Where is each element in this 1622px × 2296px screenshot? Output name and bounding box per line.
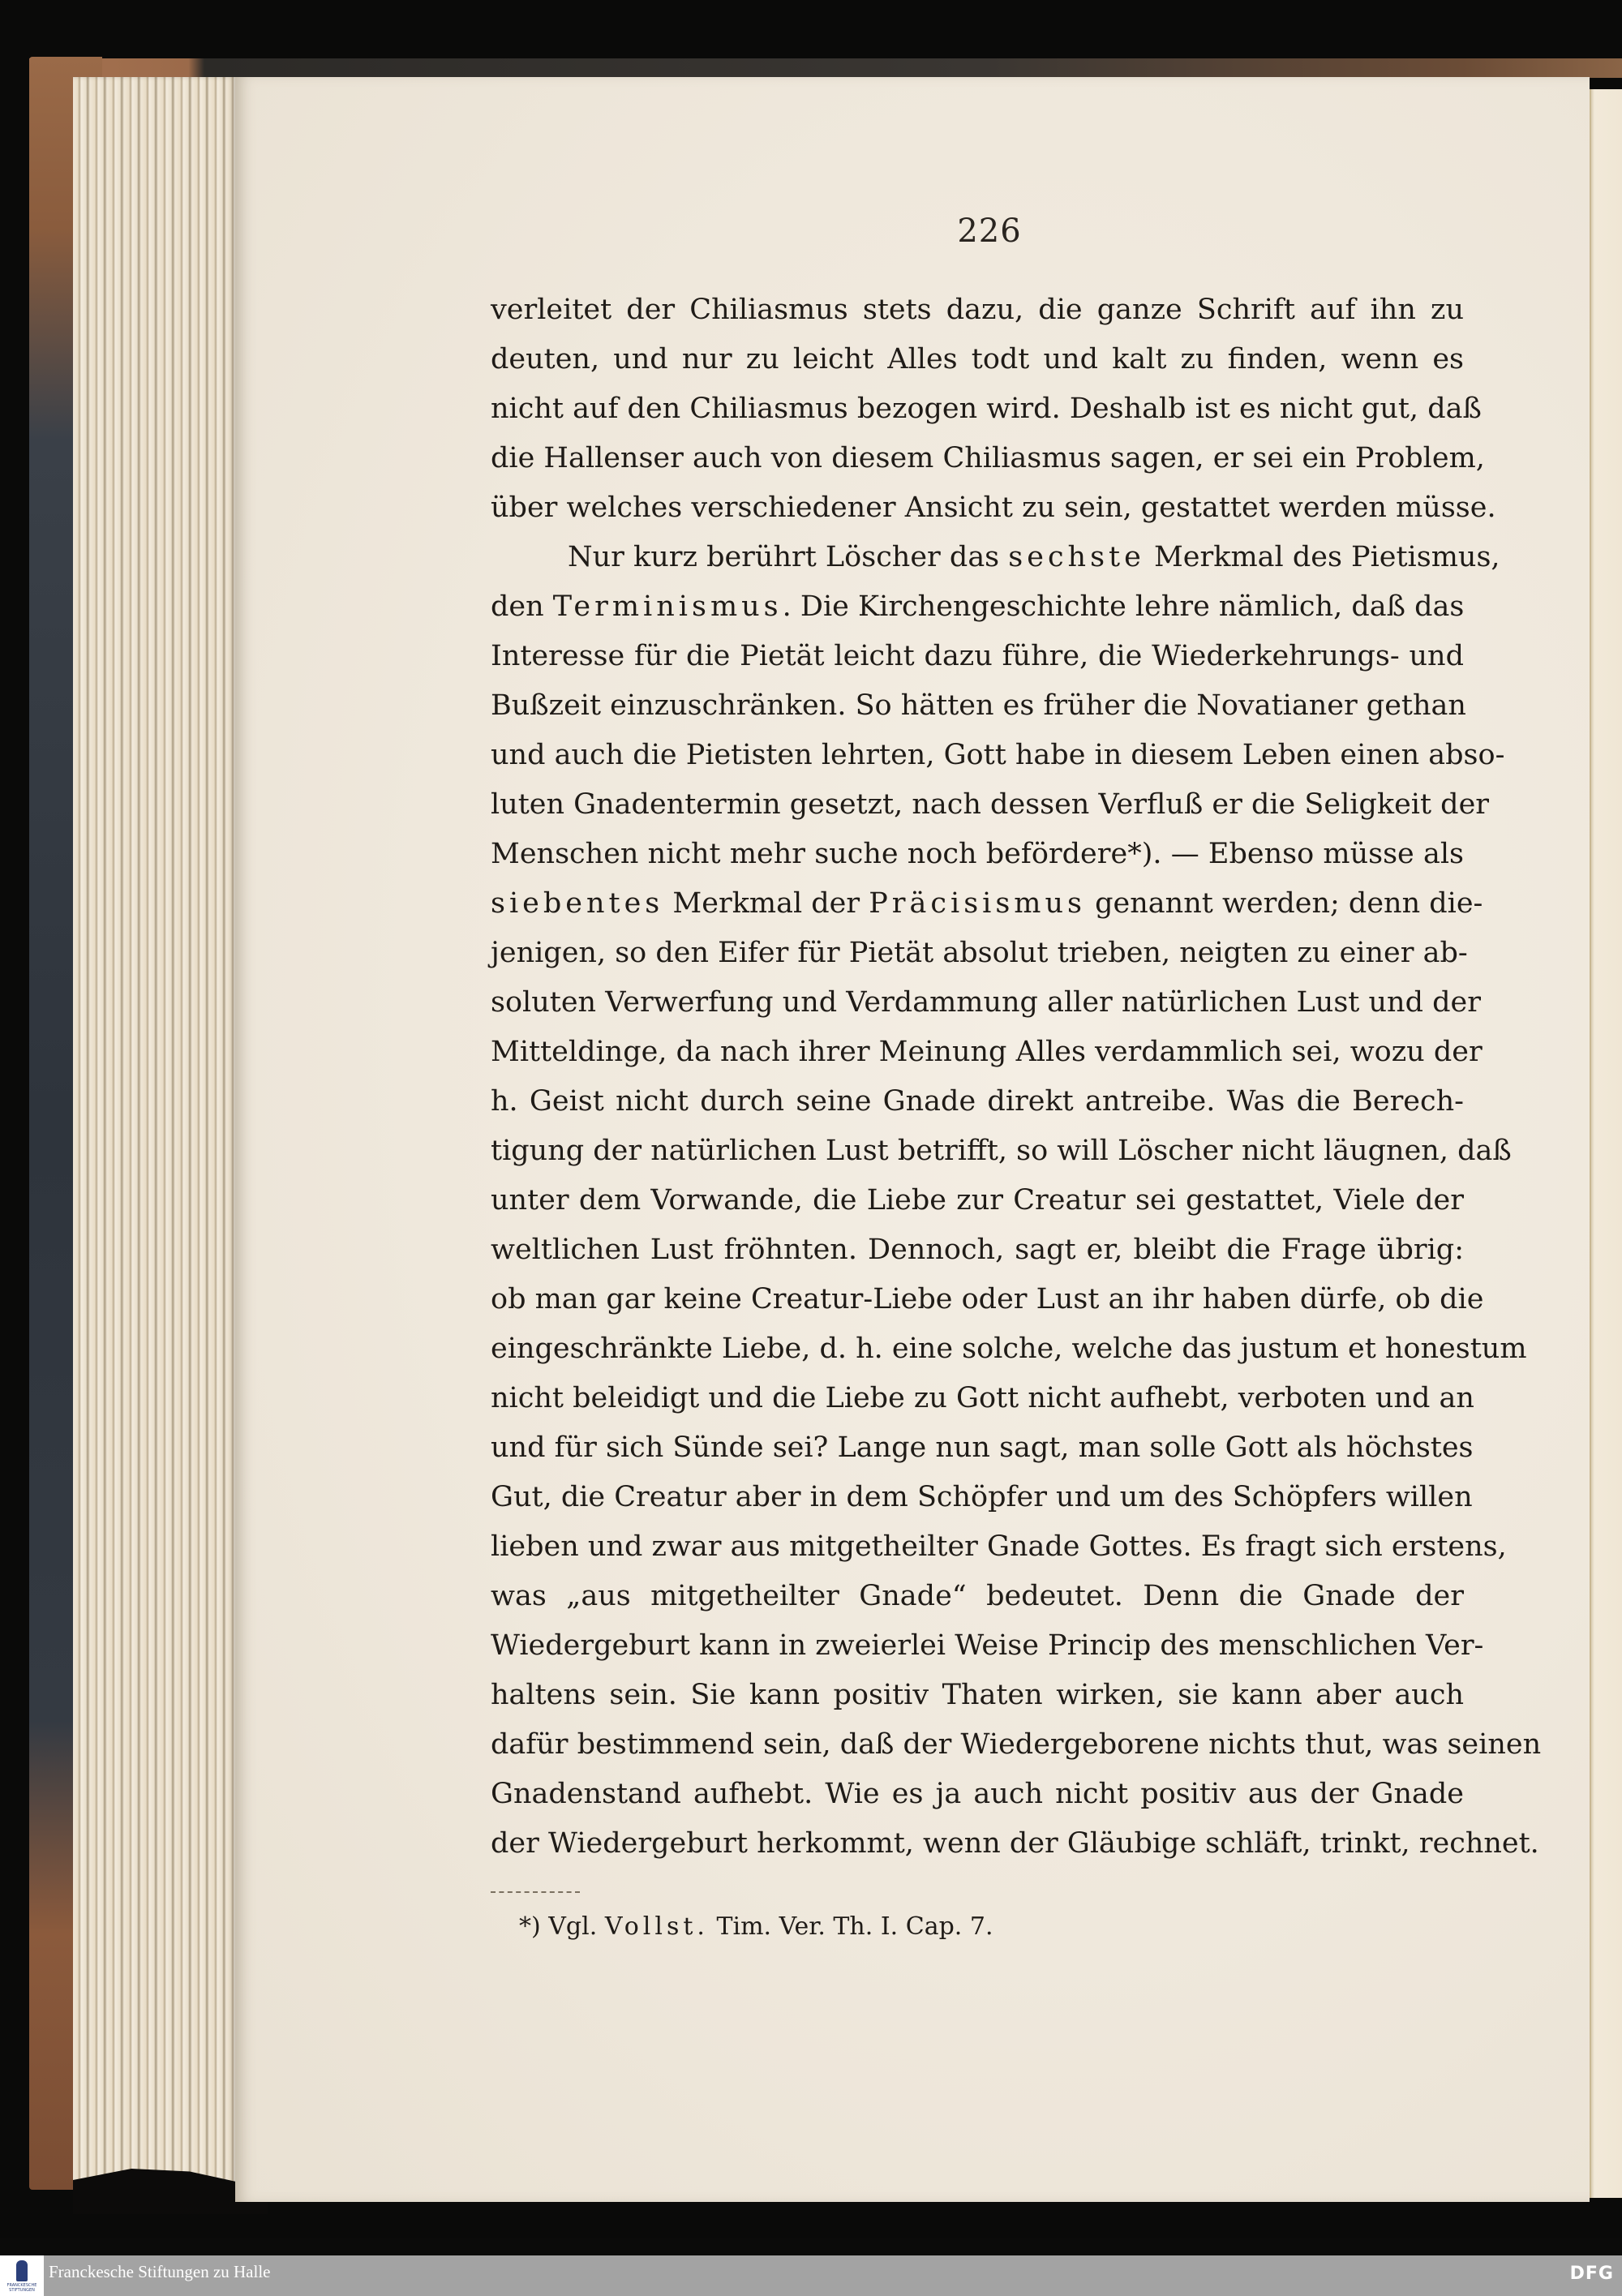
francke-logo[interactable]: FRANCKESCHE STIFTUNGEN <box>0 2255 44 2296</box>
text-line: soluten Verwerfung und Verdammung aller … <box>491 978 1464 1028</box>
text-line: der Wiedergeburt herkommt, wenn der Gläu… <box>491 1819 1464 1869</box>
text-line: Gut, die Creatur aber in dem Schöpfer un… <box>491 1473 1464 1522</box>
text-line: über welches verschiedener Ansicht zu se… <box>491 483 1464 533</box>
footer-bar: FRANCKESCHE STIFTUNGEN Franckesche Stift… <box>0 2255 1622 2296</box>
text-line: Bußzeit einzuschränken. So hätten es frü… <box>491 681 1464 731</box>
emphasis-sechste: sechste <box>1008 541 1145 573</box>
text-line: Menschen nicht mehr suche noch befördere… <box>491 830 1464 879</box>
text-line: haltens sein. Sie kann positiv Thaten wi… <box>491 1671 1464 1720</box>
paragraph-start-line: Nur kurz berührt Löscher das sechste Mer… <box>491 533 1464 582</box>
text-line: nicht beleidigt und die Liebe zu Gott ni… <box>491 1374 1464 1423</box>
dfg-logo[interactable]: DFG <box>1570 2264 1614 2284</box>
text-line: Gnadenstand aufhebt. Wie es ja auch nich… <box>491 1770 1464 1819</box>
text-line: siebentes Merkmal der Präcisismus genann… <box>491 879 1464 929</box>
francke-figure-icon <box>16 2260 28 2281</box>
text-line: eingeschränkte Liebe, d. h. eine solche,… <box>491 1324 1464 1374</box>
text-line: die Hallenser auch von diesem Chiliasmus… <box>491 434 1464 483</box>
text-line: tigung der natürlichen Lust betrifft, so… <box>491 1127 1464 1176</box>
footnote-marker: *) <box>519 1912 541 1941</box>
text-line: unter dem Vorwande, die Liebe zur Creatu… <box>491 1176 1464 1225</box>
footnote: *) Vgl. Vollst. Tim. Ver. Th. I. Cap. 7. <box>519 1912 993 1941</box>
book-cover-top-edge <box>29 58 1622 78</box>
emphasis-siebentes: siebentes <box>491 887 663 920</box>
text-line: lieben und zwar aus mitgetheilter Gnade … <box>491 1522 1464 1572</box>
facing-page-edge <box>1590 89 1622 2198</box>
text-line: was „aus mitgetheilter Gnade“ bedeutet. … <box>491 1572 1464 1621</box>
text-line: weltlichen Lust fröhnten. Dennoch, sagt … <box>491 1225 1464 1275</box>
text-line: und auch die Pietisten lehrten, Gott hab… <box>491 731 1464 780</box>
text-line: Wiedergeburt kann in zweierlei Weise Pri… <box>491 1621 1464 1671</box>
text-line: jenigen, so den Eifer für Pietät absolut… <box>491 929 1464 978</box>
text-line: ob man gar keine Creatur-Liebe oder Lust… <box>491 1275 1464 1324</box>
text-line: h. Geist nicht durch seine Gnade direkt … <box>491 1077 1464 1127</box>
text-line: Interesse für die Pietät leicht dazu füh… <box>491 632 1464 681</box>
footnote-emphasis: Vollst. <box>605 1912 709 1941</box>
text-line: dafür bestimmend sein, daß der Wiedergeb… <box>491 1720 1464 1770</box>
text-line: verleitet der Chiliasmus stets dazu, die… <box>491 285 1464 335</box>
page-number: 226 <box>949 212 1030 250</box>
body-text: verleitet der Chiliasmus stets dazu, die… <box>491 285 1464 1869</box>
text-line: den Terminismus. Die Kirchengeschichte l… <box>491 582 1464 632</box>
text-line: luten Gnadentermin gesetzt, nach dessen … <box>491 780 1464 830</box>
text-line: deuten, und nur zu leicht Alles todt und… <box>491 335 1464 384</box>
page-edges-stack <box>73 77 235 2202</box>
footnote-divider <box>491 1891 580 1893</box>
text-line: nicht auf den Chiliasmus bezogen wird. D… <box>491 384 1464 434</box>
text-line: Mitteldinge, da nach ihrer Meinung Alles… <box>491 1028 1464 1077</box>
emphasis-praecisismus: Präcisismus <box>869 887 1086 920</box>
institution-name: Franckesche Stiftungen zu Halle <box>49 2262 271 2282</box>
text-line: und für sich Sünde sei? Lange nun sagt, … <box>491 1423 1464 1473</box>
emphasis-terminismus: Terminismus <box>553 590 783 623</box>
